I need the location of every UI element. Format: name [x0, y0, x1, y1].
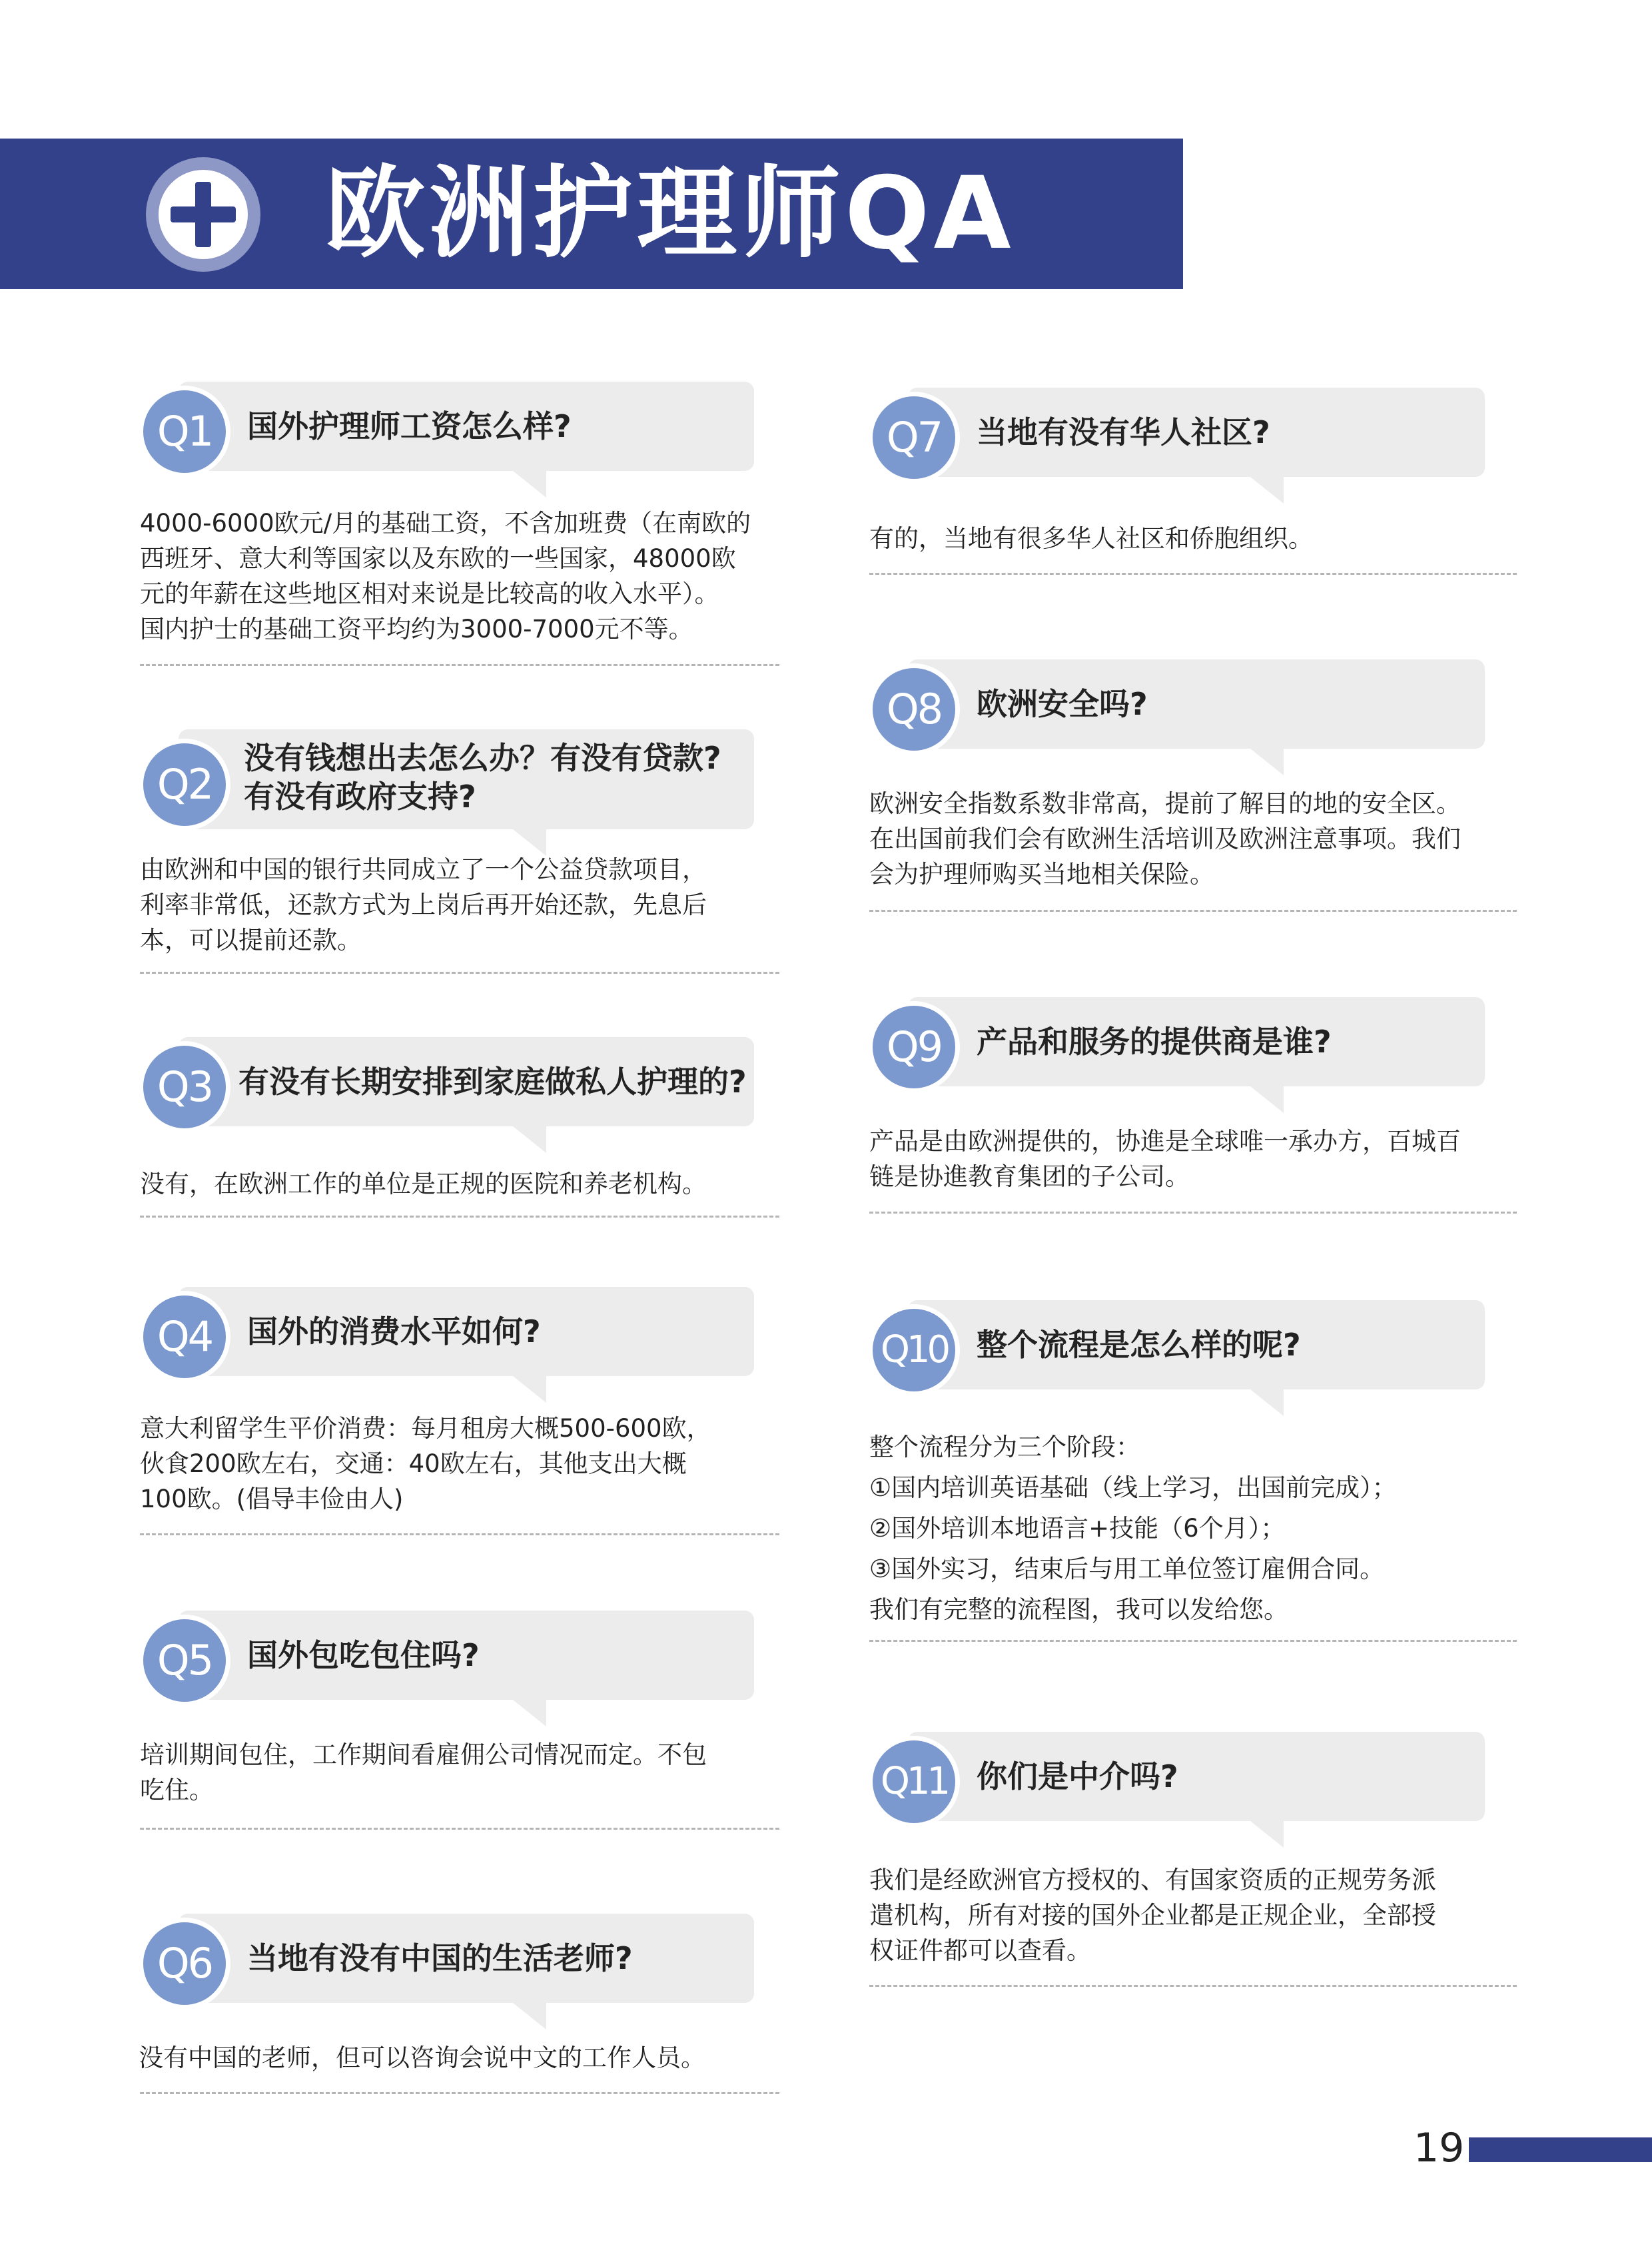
- answer-line: 意大利留学生平价消费：每月租房大概500-600欧，: [140, 1411, 806, 1446]
- answer-line: ①国内培训英语基础（线上学习，出国前完成）；: [869, 1467, 1535, 1508]
- bubble-tail: [513, 1126, 546, 1153]
- answer-line: 利率非常低，还款方式为上岗后再开始还款，先息后: [140, 887, 806, 923]
- dashed-divider: [140, 972, 779, 974]
- question-text: 你们是中介吗?: [977, 1757, 1178, 1796]
- answer-line: 权证件都可以查看。: [869, 1933, 1535, 1968]
- question-badge: Q7: [868, 392, 960, 484]
- question-badge: Q4: [139, 1291, 230, 1383]
- page-number-bar: [1469, 2137, 1652, 2162]
- question-line: 整个流程是怎么样的呢?: [977, 1325, 1301, 1364]
- question-line: 欧洲安全吗?: [977, 685, 1148, 723]
- question-line: 当地有没有中国的生活老师?: [247, 1939, 633, 1978]
- answer-line: 没有，在欧洲工作的单位是正规的医院和养老机构。: [140, 1166, 806, 1202]
- answer-line: 遣机构，所有对接的国外企业都是正规企业，全部授: [869, 1898, 1535, 1933]
- qa-item-q8: Q8 欧洲安全吗? 欧洲安全指数系数非常高，提前了解目的地的安全区。 在出国前我…: [868, 659, 1534, 919]
- question-badge: Q5: [139, 1615, 230, 1706]
- answer-line: 西班牙、意大利等国家以及东欧的一些国家，48000欧: [140, 541, 806, 576]
- answer-line: ③国外实习，结束后与用工单位签订雇佣合同。: [869, 1549, 1535, 1589]
- answer-text: 产品是由欧洲提供的，协進是全球唯一承办方，百城百 链是协進教育集团的子公司。: [869, 1124, 1535, 1194]
- qa-item-q6: Q6 当地有没有中国的生活老师? 没有中国的老师，但可以咨询会说中文的工作人员。: [139, 1914, 805, 2100]
- answer-text: 我们是经欧洲官方授权的、有国家资质的正规劳务派 遣机构，所有对接的国外企业都是正…: [869, 1862, 1535, 1968]
- page-number: 19: [1414, 2125, 1464, 2171]
- question-text: 当地有没有华人社区?: [977, 413, 1270, 452]
- answer-line: 本，可以提前还款。: [140, 923, 806, 958]
- page-title: 欧洲护理师QA: [325, 157, 1015, 270]
- answer-line: 国内护士的基础工资平均约为3000-7000元不等。: [140, 611, 806, 647]
- answer-line: 我们有完整的流程图，我可以发给您。: [869, 1589, 1535, 1630]
- bubble-tail: [1250, 1821, 1284, 1848]
- question-badge: Q3: [139, 1041, 230, 1133]
- bubble-tail: [513, 471, 546, 498]
- question-line: 当地有没有华人社区?: [977, 413, 1270, 452]
- question-badge: Q9: [868, 1001, 960, 1093]
- question-text: 有没有长期安排到家庭做私人护理的?: [238, 1062, 747, 1101]
- question-line: 有没有长期安排到家庭做私人护理的?: [238, 1062, 747, 1101]
- answer-line: ②国外培训本地语言+技能（6个月）；: [869, 1508, 1535, 1549]
- qa-item-q4: Q4 国外的消费水平如何? 意大利留学生平价消费：每月租房大概500-600欧，…: [139, 1287, 805, 1540]
- question-line: 国外护理师工资怎么样?: [247, 407, 572, 446]
- dashed-divider: [140, 2092, 779, 2094]
- question-text: 国外包吃包住吗?: [247, 1636, 480, 1675]
- answer-line: 产品是由欧洲提供的，协進是全球唯一承办方，百城百: [869, 1124, 1535, 1159]
- dashed-divider: [869, 1640, 1517, 1642]
- dashed-divider: [869, 1985, 1517, 1987]
- qa-item-q7: Q7 当地有没有华人社区? 有的，当地有很多华人社区和侨胞组织。: [868, 388, 1534, 581]
- answer-line: 由欧洲和中国的银行共同成立了一个公益贷款项目，: [140, 852, 806, 887]
- question-text: 国外护理师工资怎么样?: [247, 407, 572, 446]
- dashed-divider: [869, 573, 1517, 575]
- answer-text: 整个流程分为三个阶段： ①国内培训英语基础（线上学习，出国前完成）； ②国外培训…: [869, 1427, 1535, 1630]
- bubble-tail: [1250, 1389, 1284, 1416]
- answer-line: 100欧。(倡导丰俭由人): [140, 1481, 806, 1517]
- qa-item-q9: Q9 产品和服务的提供商是谁? 产品是由欧洲提供的，协進是全球唯一承办方，百城百…: [868, 997, 1534, 1224]
- dashed-divider: [140, 1828, 779, 1830]
- answer-line: 4000-6000欧元/月的基础工资，不含加班费（在南欧的: [140, 506, 806, 541]
- answer-line: 链是协進教育集团的子公司。: [869, 1159, 1535, 1194]
- question-text: 整个流程是怎么样的呢?: [977, 1325, 1301, 1364]
- answer-line: 欧洲安全指数系数非常高，提前了解目的地的安全区。: [869, 786, 1535, 821]
- dashed-divider: [140, 1533, 779, 1535]
- answer-line: 整个流程分为三个阶段：: [869, 1427, 1535, 1467]
- bubble-tail: [513, 1376, 546, 1403]
- bubble-tail: [1250, 749, 1284, 775]
- answer-text: 欧洲安全指数系数非常高，提前了解目的地的安全区。 在出国前我们会有欧洲生活培训及…: [869, 786, 1535, 892]
- question-text: 国外的消费水平如何?: [247, 1312, 541, 1351]
- question-line: 产品和服务的提供商是谁?: [977, 1022, 1332, 1061]
- question-badge: Q6: [139, 1918, 230, 2010]
- question-badge: Q8: [868, 663, 960, 755]
- qa-item-q10: Q10 整个流程是怎么样的呢? 整个流程分为三个阶段： ①国内培训英语基础（线上…: [868, 1300, 1534, 1647]
- answer-text: 有的，当地有很多华人社区和侨胞组织。: [869, 521, 1535, 556]
- bubble-tail: [1250, 1086, 1284, 1113]
- answer-text: 意大利留学生平价消费：每月租房大概500-600欧， 伙食200欧左右，交通：4…: [140, 1411, 806, 1517]
- answer-line: 有的，当地有很多华人社区和侨胞组织。: [869, 521, 1535, 556]
- question-badge: Q11: [868, 1736, 960, 1828]
- question-badge: Q2: [139, 739, 230, 831]
- bubble-tail: [1250, 477, 1284, 504]
- dashed-divider: [869, 1212, 1517, 1214]
- answer-line: 吃住。: [140, 1772, 806, 1808]
- answer-text: 4000-6000欧元/月的基础工资，不含加班费（在南欧的 西班牙、意大利等国家…: [140, 506, 806, 647]
- dashed-divider: [140, 1216, 779, 1218]
- answer-text: 没有中国的老师，但可以咨询会说中文的工作人员。: [139, 2040, 805, 2075]
- bubble-tail: [513, 1700, 546, 1726]
- answer-line: 培训期间包住，工作期间看雇佣公司情况而定。不包: [140, 1737, 806, 1772]
- bubble-tail: [513, 2003, 546, 2030]
- qa-item-q3: Q3 有没有长期安排到家庭做私人护理的? 没有，在欧洲工作的单位是正规的医院和养…: [139, 1037, 805, 1224]
- question-line: 国外的消费水平如何?: [247, 1312, 541, 1351]
- answer-text: 由欧洲和中国的银行共同成立了一个公益贷款项目， 利率非常低，还款方式为上岗后再开…: [140, 852, 806, 958]
- qa-item-q2: Q2 没有钱想出去怎么办？有没有贷款? 有没有政府支持? 由欧洲和中国的银行共同…: [139, 729, 805, 982]
- answer-line: 会为护理师购买当地相关保险。: [869, 857, 1535, 892]
- dashed-divider: [869, 910, 1517, 912]
- answer-line: 在出国前我们会有欧洲生活培训及欧洲注意事项。我们: [869, 821, 1535, 857]
- answer-line: 元的年薪在这些地区相对来说是比较高的收入水平）。: [140, 576, 806, 611]
- dashed-divider: [140, 664, 779, 666]
- question-line: 没有钱想出去怎么办？有没有贷款?: [244, 739, 721, 777]
- question-text: 欧洲安全吗?: [977, 685, 1148, 723]
- plus-horizontal-stroke: [171, 206, 236, 222]
- answer-line: 我们是经欧洲官方授权的、有国家资质的正规劳务派: [869, 1862, 1535, 1898]
- answer-text: 培训期间包住，工作期间看雇佣公司情况而定。不包 吃住。: [140, 1737, 806, 1808]
- answer-text: 没有，在欧洲工作的单位是正规的医院和养老机构。: [140, 1166, 806, 1202]
- question-line: 有没有政府支持?: [244, 777, 721, 816]
- qa-item-q11: Q11 你们是中介吗? 我们是经欧洲官方授权的、有国家资质的正规劳务派 遣机构，…: [868, 1732, 1534, 1992]
- answer-line: 伙食200欧左右，交通：40欧左右，其他支出大概: [140, 1446, 806, 1481]
- question-text: 产品和服务的提供商是谁?: [977, 1022, 1332, 1061]
- qa-item-q1: Q1 国外护理师工资怎么样? 4000-6000欧元/月的基础工资，不含加班费（…: [139, 382, 805, 675]
- question-text: 当地有没有中国的生活老师?: [247, 1939, 633, 1978]
- answer-line: 没有中国的老师，但可以咨询会说中文的工作人员。: [139, 2040, 805, 2075]
- question-line: 国外包吃包住吗?: [247, 1636, 480, 1675]
- question-text: 没有钱想出去怎么办？有没有贷款? 有没有政府支持?: [244, 739, 721, 816]
- question-badge: Q1: [139, 386, 230, 478]
- question-line: 你们是中介吗?: [977, 1757, 1178, 1796]
- qa-item-q5: Q5 国外包吃包住吗? 培训期间包住，工作期间看雇佣公司情况而定。不包 吃住。: [139, 1611, 805, 1837]
- question-badge: Q10: [868, 1304, 960, 1396]
